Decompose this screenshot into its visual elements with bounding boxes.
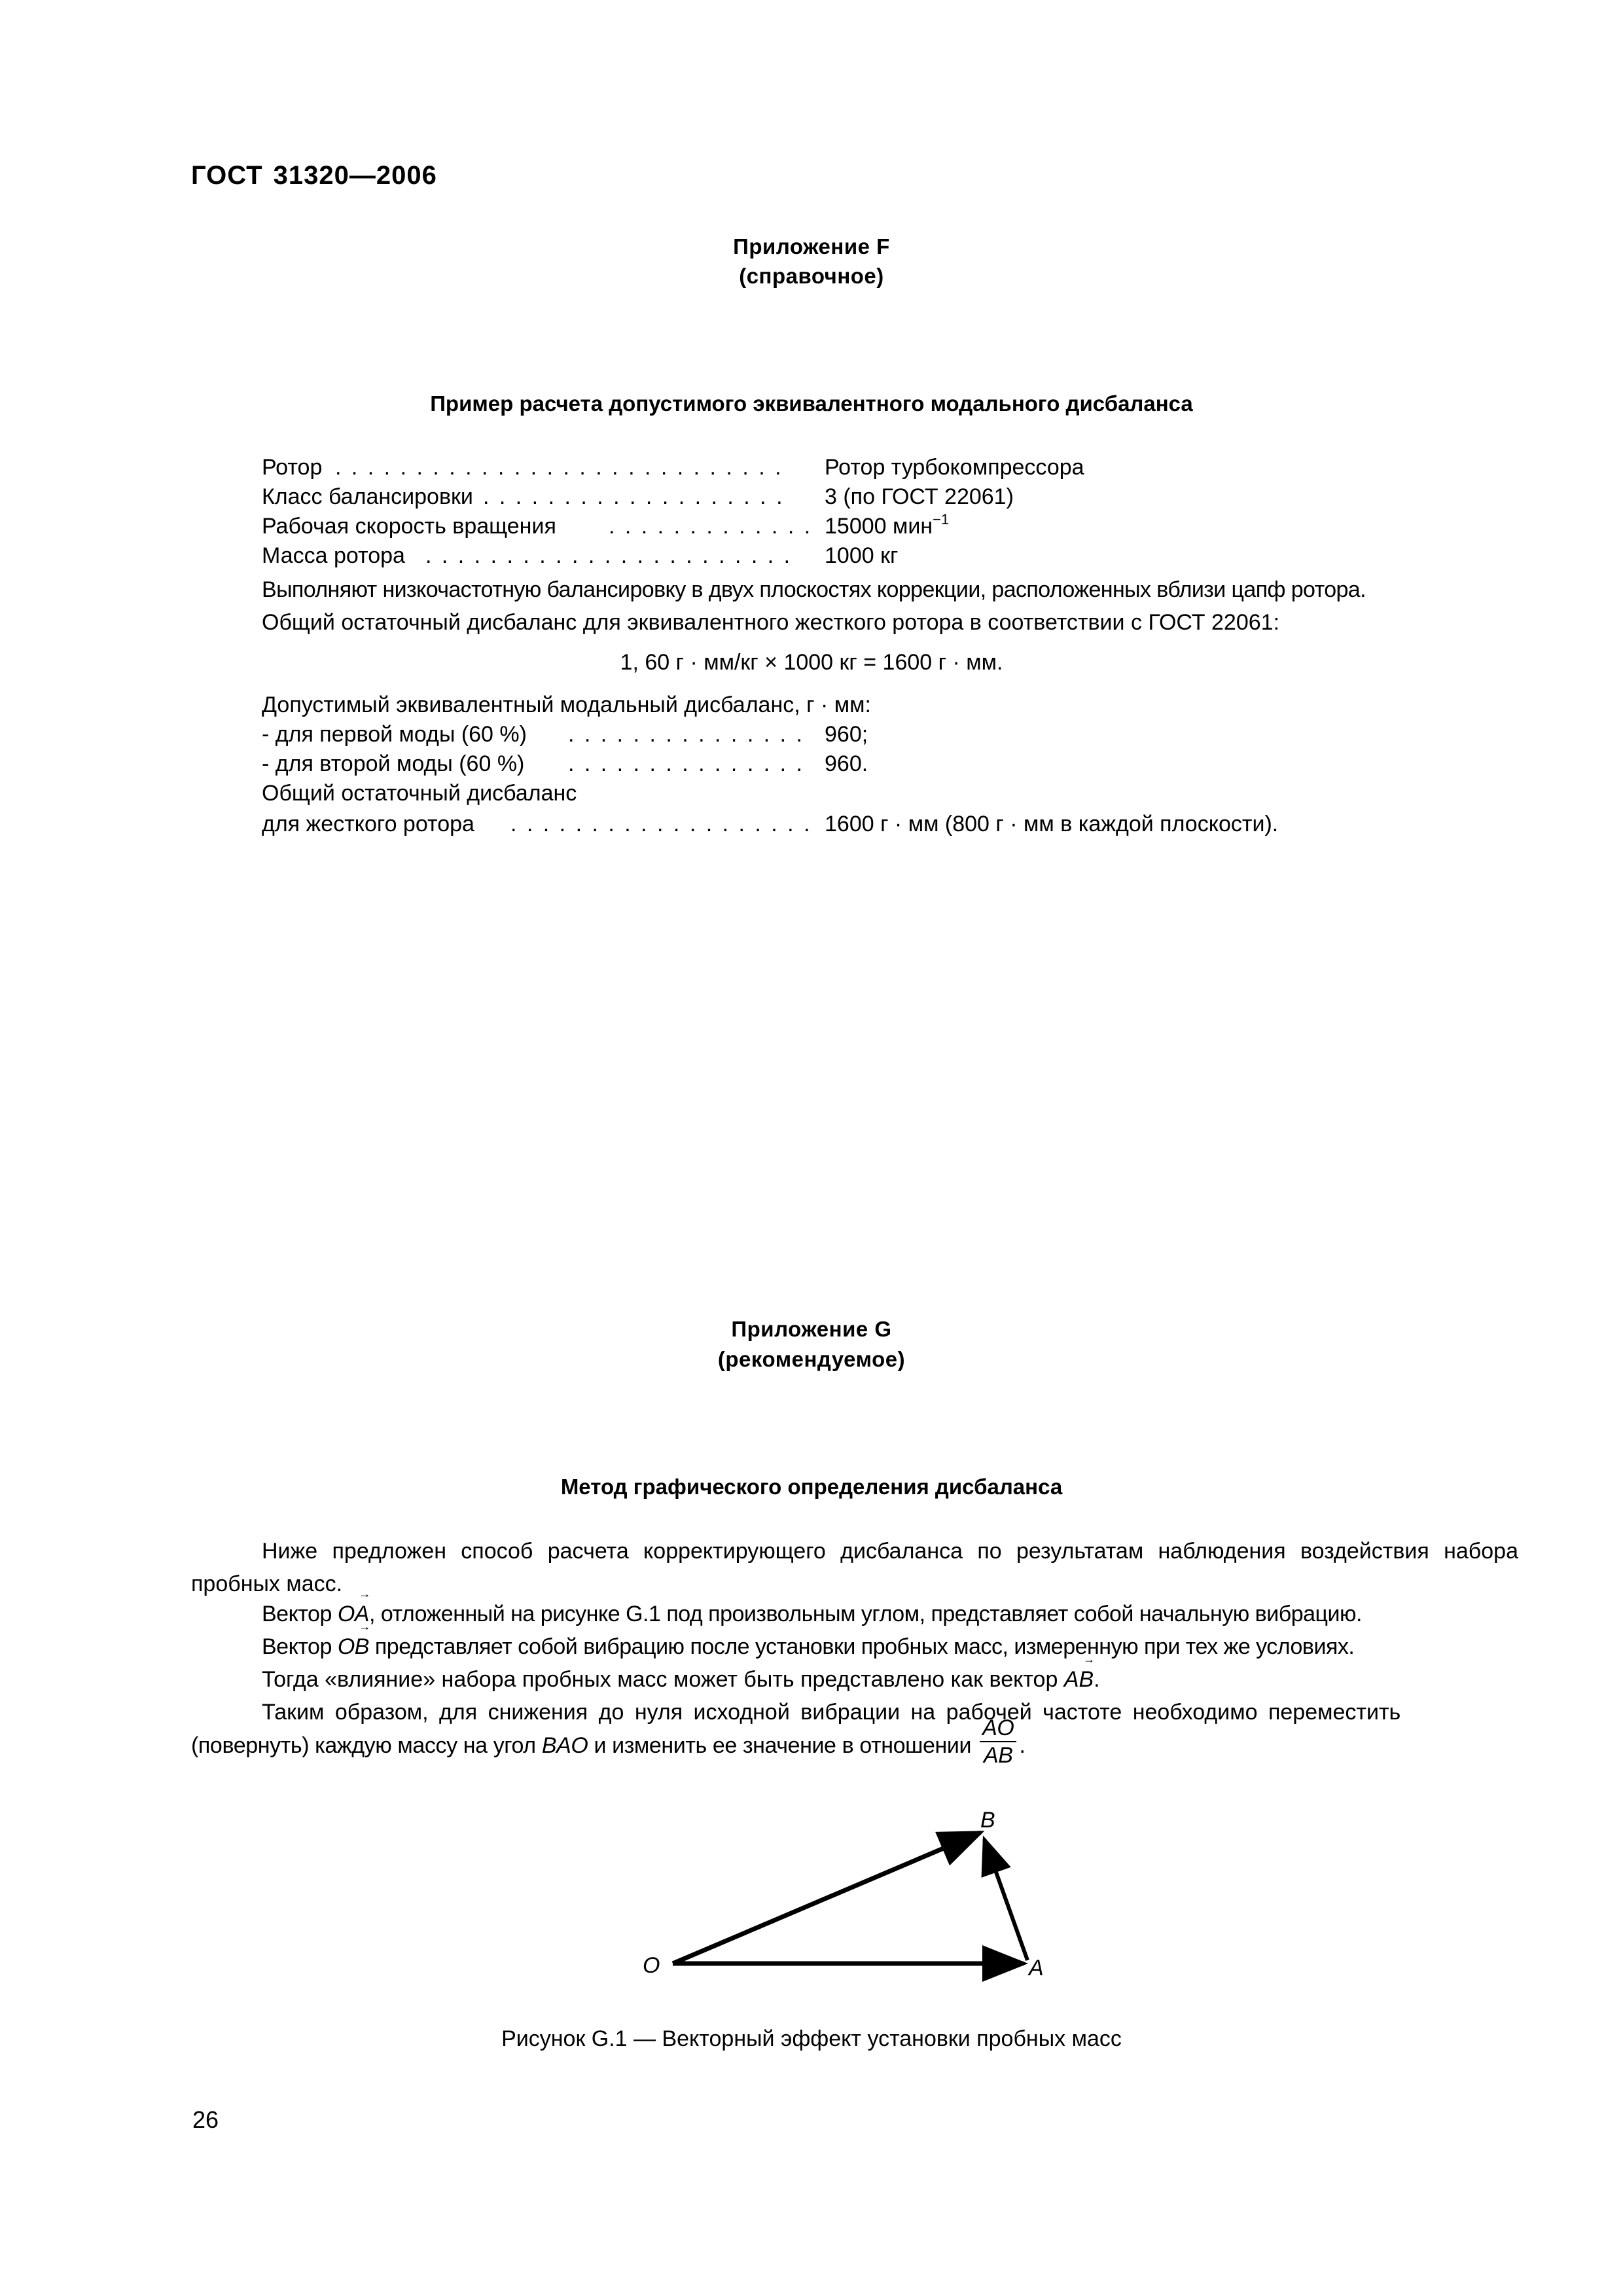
mode-label: - для первой моды (60 %) [262,722,527,747]
annex-g-label: Приложение G [0,1317,1623,1342]
total-value: 1600 г · мм (800 г · мм в каждой плоскос… [825,812,1278,837]
mode-label: - для второй моды (60 %) [262,751,524,777]
dot-leader: . . . . . . . . . . . . . [609,514,812,539]
dot-leader: . . . . . . . . . . . . . . . [568,722,804,747]
vector-ab: AB [1064,1667,1094,1693]
annex-g-paragraph-3: Вектор OB представляет собой вибрацию по… [262,1634,1354,1660]
spec-label: Рабочая скорость вращения [262,514,556,539]
mode-value: 960. [825,751,868,777]
spec-label: Класс балансировки [262,484,473,510]
spec-label: Масса ротора [262,543,405,569]
spec-value: 15000 мин−1 [825,514,949,539]
annex-g-title: Метод графического определения дисбаланс… [0,1475,1623,1499]
point-b-label: B [980,1808,995,1833]
annex-f-title: Пример расчета допустимого эквивалентног… [0,391,1623,416]
annex-f-paragraph-1: Выполняют низкочастотную балансировку в … [262,577,1366,603]
allowable-heading: Допустимый эквивалентный модальный дисба… [262,692,871,718]
point-o-label: O [643,1953,660,1978]
annex-g-paragraph-5-line-2: (повернуть) каждую массу на угол BAO и и… [191,1720,1026,1774]
angle-bao: BAO [542,1733,588,1758]
annex-f-paragraph-2: Общий остаточный дисбаланс для эквивален… [262,610,1279,636]
vector-diagram: O A B [628,1793,1086,1990]
annex-g-paragraph-2: Вектор OA, отложенный на рисунке G.1 под… [262,1602,1362,1627]
vector-ab-line [984,1839,1027,1960]
vector-ob-line [673,1833,980,1964]
dot-leader: . . . . . . . . . . . . . . . . . . . [483,484,785,510]
annex-g-status: (рекомендуемое) [0,1347,1623,1372]
spec-value: 1000 кг [825,543,898,569]
standard-label: ГОСТ [191,161,263,190]
formula: 1, 60 г · мм/кг × 1000 кг = 1600 г · мм. [0,648,1623,677]
annex-g-paragraph-1: Ниже предложен способ расчета корректиру… [191,1535,1518,1600]
ratio-fraction: AOAB [980,1715,1016,1768]
annex-f-status: (справочное) [0,264,1623,289]
dot-leader: . . . . . . . . . . . . . . . . . . . . … [425,543,792,569]
page-number: 26 [192,2106,219,2134]
dot-leader: . . . . . . . . . . . . . . . . . . . [510,812,812,837]
annex-f-label: Приложение F [0,234,1623,259]
mode-value: 960; [825,722,868,747]
standard-number: 31320—2006 [274,161,437,190]
vector-ob: OB [338,1634,369,1660]
annex-g-paragraph-4: Тогда «влияние» набора пробных масс може… [262,1667,1100,1693]
spec-label: Ротор [262,455,322,480]
spec-value: Ротор турбокомпрессора [825,455,1084,480]
point-a-label: A [1027,1956,1044,1981]
total-label-2: для жесткого ротора [262,812,474,837]
dot-leader: . . . . . . . . . . . . . . . [568,751,804,777]
dot-leader: . . . . . . . . . . . . . . . . . . . . … [335,455,783,480]
total-label: Общий остаточный дисбаланс [262,781,577,806]
document-header: ГОСТ31320—2006 [191,161,437,190]
spec-value: 3 (по ГОСТ 22061) [825,484,1014,510]
figure-caption: Рисунок G.1 — Векторный эффект установки… [0,2026,1623,2052]
